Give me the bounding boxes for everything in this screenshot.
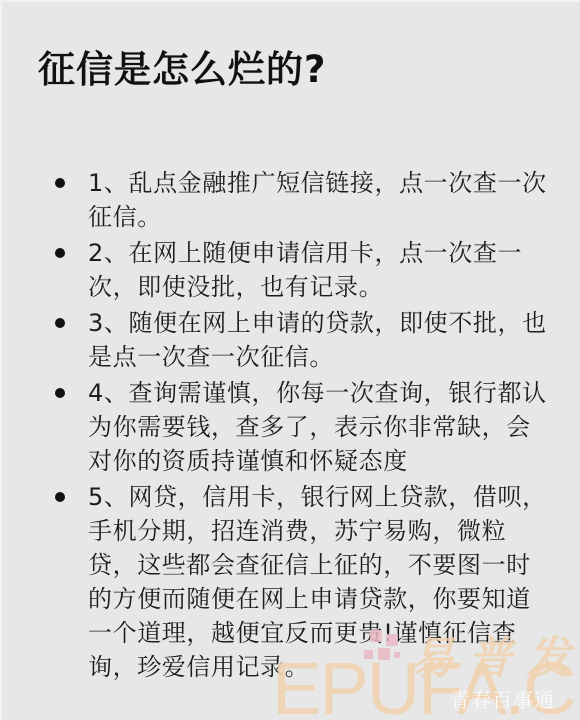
list-item-line: 次，即使没批，也有记录。 [0,270,580,304]
bullet-icon [55,388,65,398]
bullet-icon [55,178,65,188]
watermark-small-text: 青春百事通 [450,684,555,713]
list-item-line: 手机分期，招连消费，苏宁易购，微粒 [0,514,580,548]
bullet-icon [55,492,65,502]
bullet-list: 1、乱点金融推广短信链接，点一次查一次 征信。 2、在网上随便申请信用卡，点一次… [0,166,580,686]
bullet-icon [55,248,65,258]
list-item-line: 的方便而随便在网上申请贷款，你要知道 [0,582,580,616]
list-item-line: 是点一次查一次征信。 [0,340,580,374]
list-item-line: 为你需要钱，查多了，表示你非常缺，会 [0,410,580,444]
list-item-line: 3、随便在网上申请的贷款，即使不批，也 [0,306,580,340]
list-item-1: 1、乱点金融推广短信链接，点一次查一次 征信。 [0,166,580,234]
list-item-line: 贷，这些都会查征信上征的，不要图一时 [0,548,580,582]
list-item-4: 4、查询需谨慎，你每一次查询，银行都认 为你需要钱，查多了，表示你非常缺，会 对… [0,376,580,478]
list-item-line: 2、在网上随便申请信用卡，点一次查一 [0,236,580,270]
list-item-3: 3、随便在网上申请的贷款，即使不批，也 是点一次查一次征信。 [0,306,580,374]
page-title: 征信是怎么烂的? [38,44,326,96]
list-item-line: 4、查询需谨慎，你每一次查询，银行都认 [0,376,580,410]
list-item-line: 5、网贷，信用卡，银行网上贷款，借呗， [0,480,580,514]
bullet-icon [55,318,65,328]
list-item-line: 1、乱点金融推广短信链接，点一次查一次 [0,166,580,200]
list-item-line: 对你的资质持谨慎和怀疑态度 [0,444,580,478]
list-item-line: 征信。 [0,200,580,234]
list-item-2: 2、在网上随便申请信用卡，点一次查一 次，即使没批，也有记录。 [0,236,580,304]
